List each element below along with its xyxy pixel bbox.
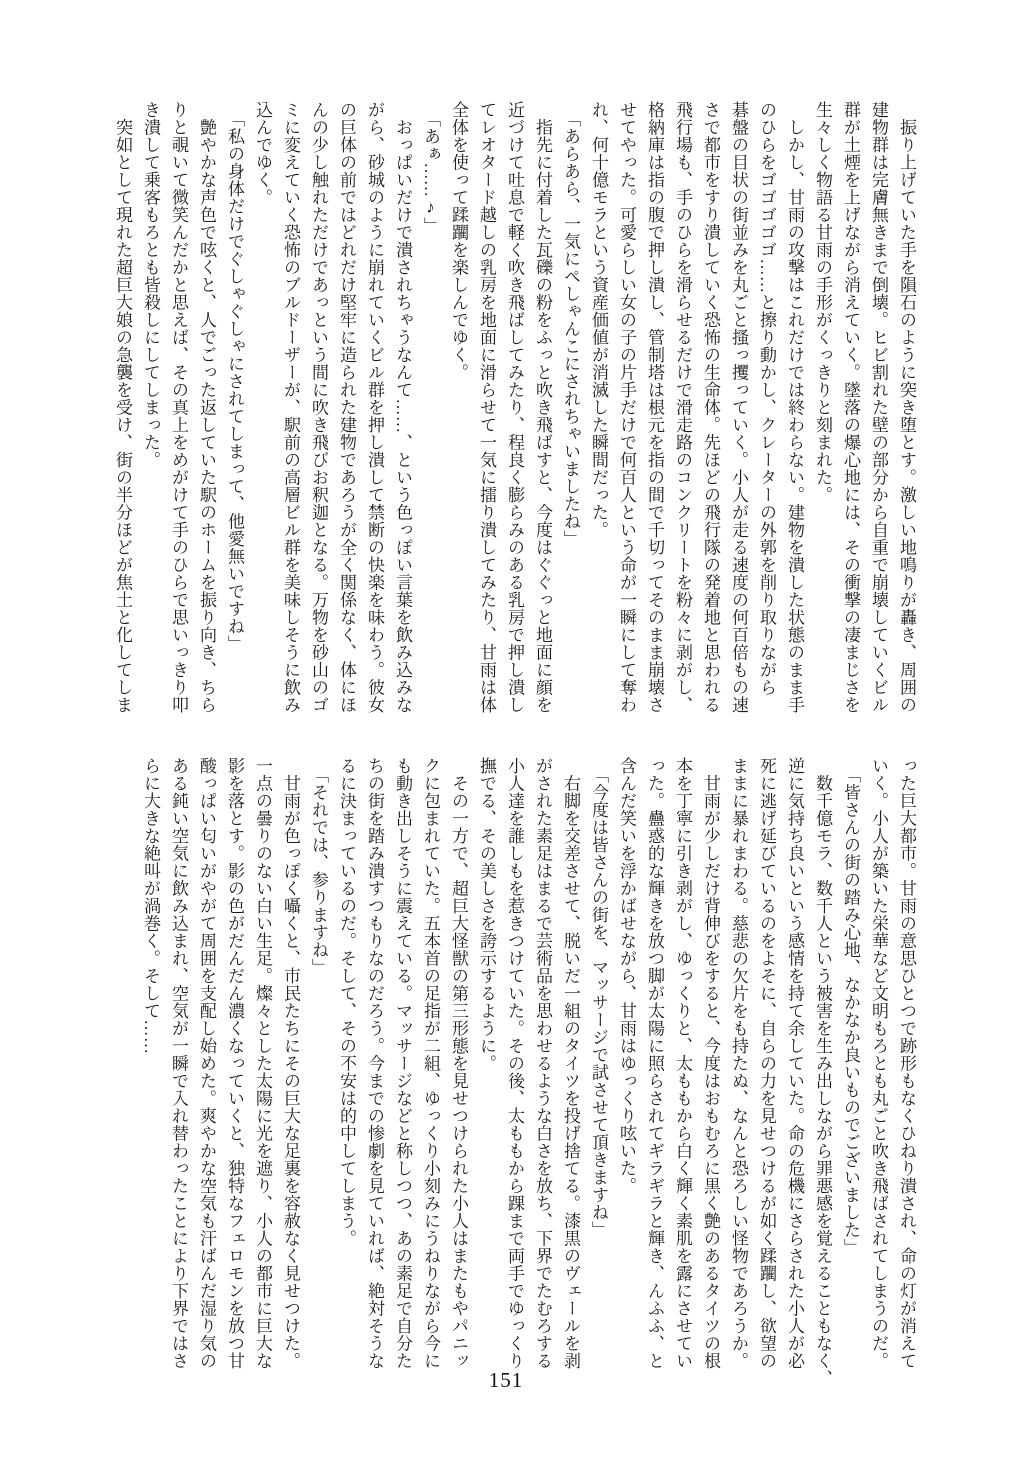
text-line: 碁盤の目状の街並みを丸ごと搔っ攫っていく。小人が走る速度の何百倍もの速 (724, 101, 752, 723)
text-line: ちの街を踏み潰すつもりなのだろう。今までの惨劇を見ていれば、絶対そうな (360, 757, 388, 1379)
text-line: 「あぁ……♪」 (416, 101, 444, 723)
page-number: 151 (0, 1368, 1012, 1393)
text-line: 一点の曇りのない白い生足。燦々とした太陽に光を遮り、小人の都市に巨大な (248, 757, 276, 1379)
text-line: 指先に付着した瓦礫の粉をふっと吹き飛ばすと、今度はぐぐっと地面に顔を (528, 101, 556, 723)
text-line: るに決まっているのだ。そして、その不安は的中してしまう。 (332, 757, 360, 1379)
text-line: った巨大都市。甘雨の意思ひとつで跡形もなくひねり潰され、命の灯が消えて (892, 757, 920, 1379)
text-line: 建物群は完膚無きまで倒壊。ヒビ割れた壁の部分から自重で崩壊していくビル (864, 101, 892, 723)
text-line: りと覗いて微笑んだかと思えば、その真上をめがけて手のひらで思いっきり叩 (164, 101, 192, 723)
text-line: 含んだ笑いを浮かばせながら、甘雨はゆっくり呟いた。 (612, 757, 640, 1379)
text-line: クに包まれていた。五本首の足指が二組、ゆっくり小刻みにうねりながら今に (416, 757, 444, 1379)
text-line: も動き出しそうに震えている。マッサージなどと称しつつ、あの素足で自分た (388, 757, 416, 1379)
text-line: その一方で、超巨大怪獣の第三形態を見せつけられた小人はまたもやパニッ (444, 757, 472, 1379)
text-line: 生々しく物語る甘雨の手形がくっきりと刻まれた。 (808, 101, 836, 723)
text-line: 込んでゆく。 (248, 101, 276, 723)
text-line: 「それでは、参りますね」 (304, 757, 332, 1379)
text-line: った。蠱惑的な輝きを放つ脚が太陽に照らされてギラギラと輝き、んふふ、と (640, 757, 668, 1379)
text-line: ある鈍い空気に飲み込まれ、空気が一瞬で入れ替わったことにより下界ではさ (164, 757, 192, 1379)
text-line: ままに暴れまわる。慈悲の欠片をも持たぬ、なんと恐ろしい怪物であろうか。 (724, 757, 752, 1379)
text-line: 数千億モラ、数千人という被害を生み出しながら罪悪感を覚えることもなく、 (808, 757, 836, 1379)
text-line: 甘雨が色っぽく囁くと、市民たちにその巨大な足裏を容赦なく見せつけた。 (276, 757, 304, 1379)
text-line: 近づけて吐息で軽く吹き飛ばしてみたり、程良く膨らみのある乳房で押し潰し (500, 101, 528, 723)
text-line: 酸っぱい匂いがやがて周囲を支配し始めた。爽やかな空気も汗ばんだ湿り気の (192, 757, 220, 1379)
text-line: 撫でる、その美しさを誇示するように。 (472, 757, 500, 1379)
text-line: 甘雨が少しだけ背伸びをすると、今度はおもむろに黒く艶のあるタイツの根 (696, 757, 724, 1379)
text-line: てレオタード越しの乳房を地面に滑らせて一気に擂り潰してみたり、甘雨は体 (472, 101, 500, 723)
text-line: の巨体の前ではどれだけ堅牢に造られた建物であろうが全く関係なく、体にほ (332, 101, 360, 723)
text-line: 突如として現れた超巨大娘の急襲を受け、街の半分ほどが焦土と化してしま (108, 101, 136, 723)
text-line: 「私の身体だけでぐしゃぐしゃにされてしまって、他愛無いですね」 (220, 101, 248, 723)
text-line: 本を丁寧に引き剥がし、ゆっくりと、太ももから白く輝く素肌を露にさせてい (668, 757, 696, 1379)
text-line: がされた素足はまるで芸術品を思わせるような白さを放ち、下界でたむろする (528, 757, 556, 1379)
text-line: らに大きな絶叫が渦巻く。そして…… (136, 757, 164, 1379)
novel-page: 振り上げていた手を隕石のように突き堕とす。激しい地鳴りが轟き、周囲の建物群は完膚… (0, 0, 1032, 1458)
text-line: 全体を使って蹂躙を楽しんでゆく。 (444, 101, 472, 723)
text-line: 「皆さんの街の踏み心地、なかなか良いものでございました」 (836, 757, 864, 1379)
text-line: 群が土煙を上げながら消えていく。墜落の爆心地には、その衝撃の凄まじさを (836, 101, 864, 723)
text-line: のひらをゴゴゴゴゴ……と擦り動かし、クレーターの外郭を削り取りながら (752, 101, 780, 723)
text-line: 格納庫は指の腹で押し潰し、管制塔は根元を指の間で千切ってそのまま崩壊さ (640, 101, 668, 723)
text-line: 振り上げていた手を隕石のように突き堕とす。激しい地鳴りが轟き、周囲の (892, 101, 920, 723)
lower-text-block: った巨大都市。甘雨の意思ひとつで跡形もなくひねり潰され、命の灯が消えていく。小人… (136, 757, 920, 1379)
text-line: 艶やかな声色で呟くと、人でごった返していた駅のホームを振り向き、ちら (192, 101, 220, 723)
text-line: 小人達を誰しもを惹きつけていた。その後、太ももから踝まで両手でゆっくり (500, 757, 528, 1379)
text-line: 影を落とす。影の色がだんだん濃くなっていくと、独特なフェロモンを放つ甘 (220, 757, 248, 1379)
text-line: しかし、甘雨の攻撃はこれだけでは終わらない。建物を潰した状態のまま手 (780, 101, 808, 723)
text-line: 飛行場も、手のひらを滑らせるだけで滑走路のコンクリートを粉々に剥がし、 (668, 101, 696, 723)
text-line: 右脚を交差させて、脱いだ一組のタイツを投げ捨てる。漆黒のヴェールを剥 (556, 757, 584, 1379)
upper-text-block: 振り上げていた手を隕石のように突き堕とす。激しい地鳴りが轟き、周囲の建物群は完膚… (108, 101, 920, 723)
text-line: せてやった。可愛らしい女の子の片手だけで何百人という命が一瞬にして奪わ (612, 101, 640, 723)
text-line: いく。小人が築いた栄華など文明もろとも丸ごと吹き飛ばされてしまうのだ。 (864, 757, 892, 1379)
text-line: がら、砂城のように崩れていくビル群を押し潰して禁断の快楽を味わう。彼女 (360, 101, 388, 723)
text-line: 「今度は皆さんの街を、マッサージで試させて頂きますね」 (584, 757, 612, 1379)
text-line: おっぱいだけで潰されちゃうなんて……、という色っぽい言葉を飲み込みな (388, 101, 416, 723)
text-line: ミに変えていく恐怖のブルドーザーが、駅前の高層ビル群を美味しそうに飲み (276, 101, 304, 723)
text-line: さで都市をすり潰していく恐怖の生命体。先ほどの飛行隊の発着地と思われる (696, 101, 724, 723)
text-line: 死に逃げ延びているのをよそに、自らの力を見せつけるが如く蹂躙し、欲望の (752, 757, 780, 1379)
text-line: き潰して乗客もろとも皆殺しにしてしまった。 (136, 101, 164, 723)
text-line: れ、何十億モラという資産価値が消滅した瞬間だった。 (584, 101, 612, 723)
text-line: んの少し触れただけであっという間に吹き飛びお釈迦となる。万物を砂山のゴ (304, 101, 332, 723)
text-line: 逆に気持ち良いという感情を持て余していた。命の危機にさらされた小人が必 (780, 757, 808, 1379)
text-line: 「あらあら、一気にぺしゃんこにされちゃいましたね」 (556, 101, 584, 723)
